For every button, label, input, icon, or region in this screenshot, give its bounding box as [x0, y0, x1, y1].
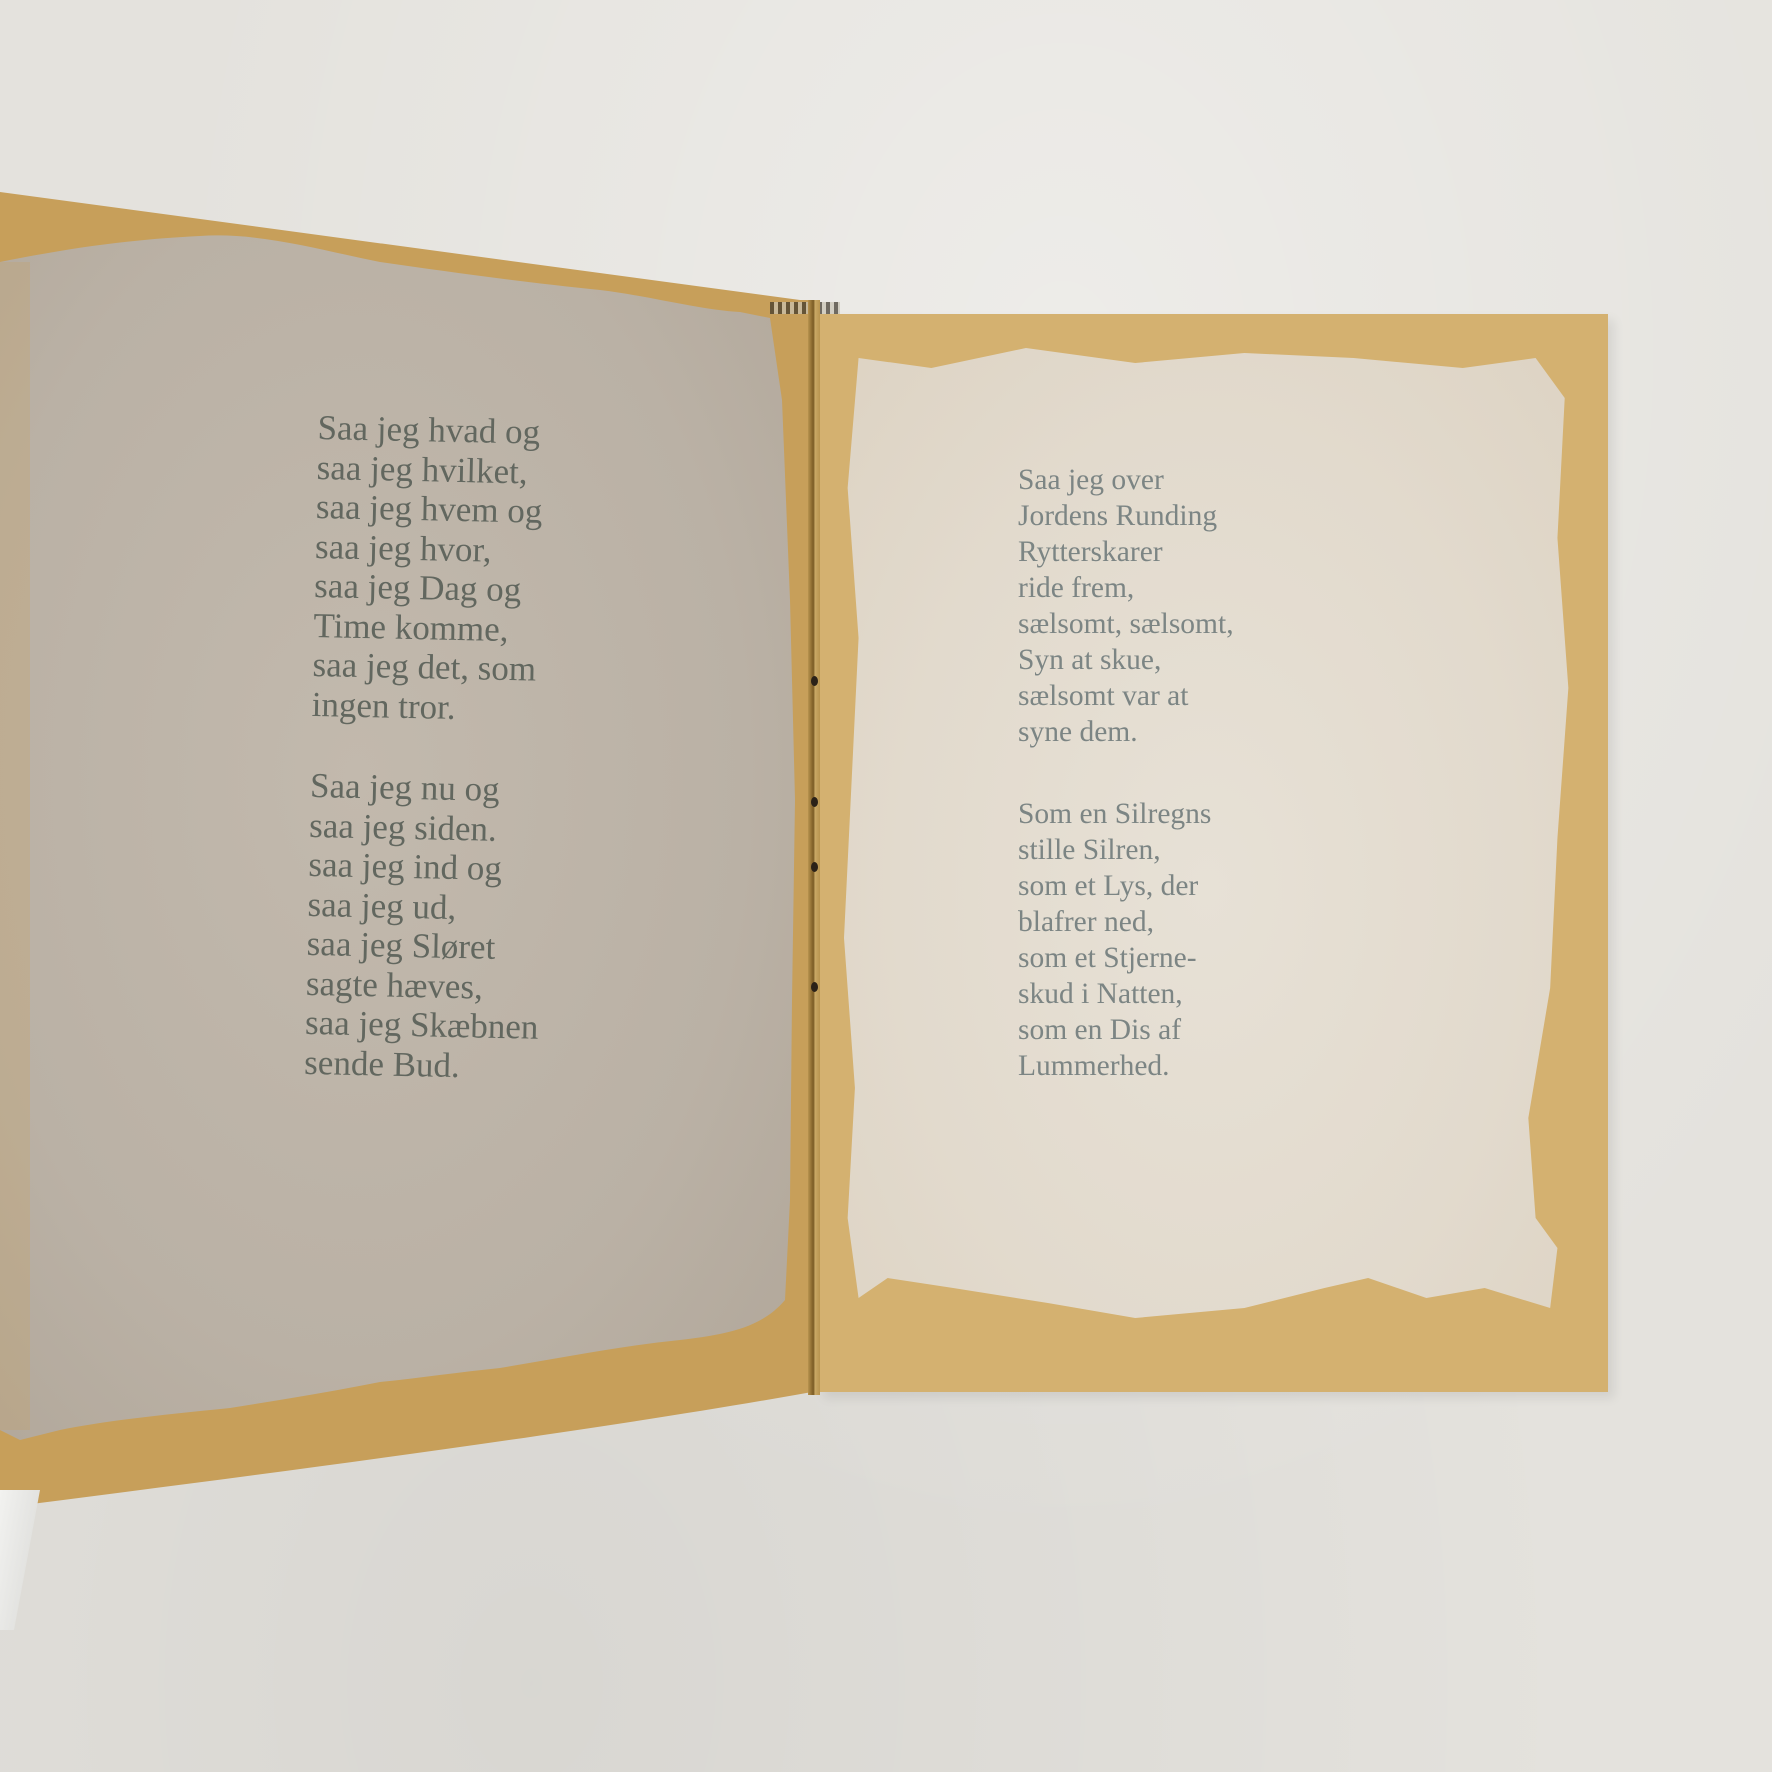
- poem-line: ride frem,: [1018, 570, 1234, 606]
- poem-line: sælsomt var at: [1018, 678, 1234, 714]
- poem-line: saa jeg Skæbnen: [305, 1003, 539, 1047]
- poem-line: Time komme,: [313, 605, 547, 649]
- binding-stitch: [811, 862, 818, 872]
- poem-line: saa jeg ind og: [308, 845, 542, 889]
- book-headband: [770, 302, 840, 314]
- left-page-poem: Saa jeg hvad og saa jeg hvilket, saa jeg…: [304, 408, 551, 1087]
- poem-line: saa jeg hvor,: [315, 526, 549, 570]
- book-spine: [808, 300, 820, 1395]
- right-stanza-1: Saa jeg over Jordens Runding Rytterskare…: [1018, 462, 1234, 750]
- poem-line: sagte hæves,: [306, 963, 540, 1007]
- poem-line: som en Dis af: [1018, 1012, 1234, 1048]
- poem-line: Syn at skue,: [1018, 642, 1234, 678]
- poem-line: saa jeg det, som: [312, 645, 546, 689]
- poem-line: Lummerhed.: [1018, 1048, 1234, 1084]
- poem-line: saa jeg ud,: [307, 884, 541, 928]
- right-stanza-2: Som en Silregns stille Silren, som et Ly…: [1018, 796, 1234, 1084]
- poem-line: Rytterskarer: [1018, 534, 1234, 570]
- binding-stitch: [811, 797, 818, 807]
- poem-line: Saa jeg hvad og: [317, 408, 551, 452]
- binding-stitch: [811, 676, 818, 686]
- right-page-poem: Saa jeg over Jordens Runding Rytterskare…: [1018, 462, 1234, 1084]
- poem-line: Saa jeg over: [1018, 462, 1234, 498]
- poem-line: Jordens Runding: [1018, 498, 1234, 534]
- poem-line: Saa jeg nu og: [310, 766, 544, 810]
- poem-line: sende Bud.: [304, 1042, 538, 1086]
- left-stanza-1: Saa jeg hvad og saa jeg hvilket, saa jeg…: [311, 408, 551, 729]
- poem-line: saa jeg hvilket,: [316, 447, 550, 491]
- poem-line: saa jeg siden.: [309, 805, 543, 849]
- poem-line: syne dem.: [1018, 714, 1234, 750]
- poem-line: saa jeg Dag og: [314, 566, 548, 610]
- poem-line: saa jeg Sløret: [306, 924, 540, 968]
- poem-line: sælsomt, sælsomt,: [1018, 606, 1234, 642]
- poem-line: Som en Silregns: [1018, 796, 1234, 832]
- poem-line: som et Lys, der: [1018, 868, 1234, 904]
- binding-stitch: [811, 982, 818, 992]
- poem-line: ingen tror.: [311, 684, 545, 728]
- poem-line: skud i Natten,: [1018, 976, 1234, 1012]
- poem-line: som et Stjerne-: [1018, 940, 1234, 976]
- left-stanza-2: Saa jeg nu og saa jeg siden. saa jeg ind…: [304, 766, 544, 1087]
- poem-line: blafrer ned,: [1018, 904, 1234, 940]
- poem-line: saa jeg hvem og: [316, 487, 550, 531]
- poem-line: stille Silren,: [1018, 832, 1234, 868]
